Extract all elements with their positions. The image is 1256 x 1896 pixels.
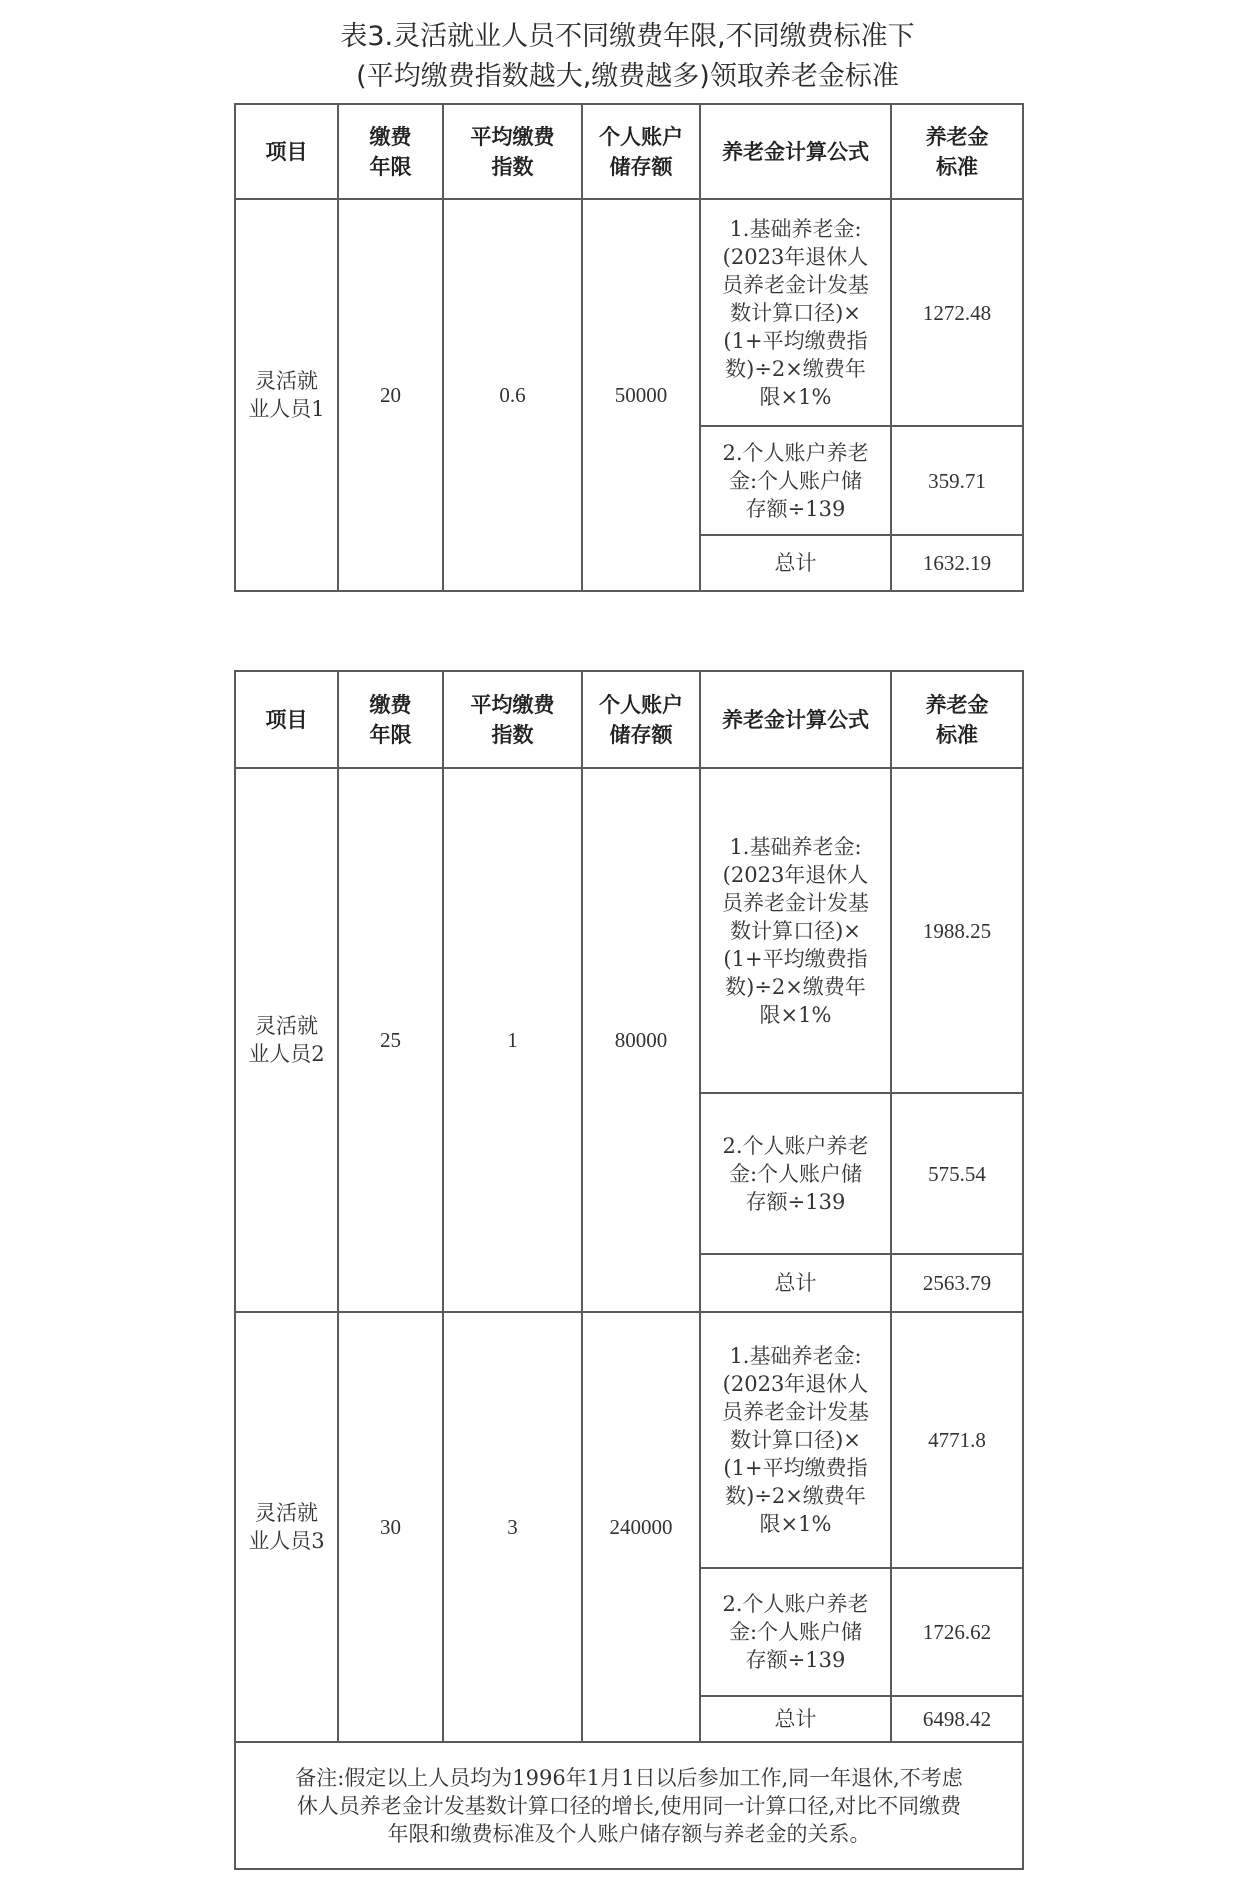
header-formula: 养老金计算公式 [700,104,891,199]
formula-line: 限×1% [707,1510,884,1538]
formula-line: 1.基础养老金: [707,215,884,243]
formula-line: 1.基础养老金: [707,833,884,861]
header-balance: 个人账户储存额 [582,671,700,768]
header-row: 项目 缴费年限 平均缴费指数 个人账户储存额 养老金计算公式 养老金标准 [235,671,1023,768]
personal-pension-formula: 2.个人账户养老 金:个人账户储 存额÷139 [700,1568,891,1696]
header-text: 储存额 [589,720,693,750]
formula-line: 员养老金计发基 [707,889,884,917]
note-row: 备注:假定以上人员均为1996年1月1日以后参加工作,同一年退休,不考虑 休人员… [235,1742,1023,1869]
header-text: 平均缴费 [450,122,575,152]
personal-pension-formula: 2.个人账户养老 金:个人账户储 存额÷139 [700,426,891,535]
formula-line: 员养老金计发基 [707,1398,884,1426]
person-cell: 灵活就业人员2 [235,768,338,1312]
table-title-line-1: 表3.灵活就业人员不同缴费年限,不同缴费标准下 [234,14,1021,53]
table-title-line-2: (平均缴费指数越大,缴费越多)领取养老金标准 [234,54,1021,93]
person-label: 灵活就 [242,1499,331,1527]
header-standard: 养老金标准 [891,671,1023,768]
person-cell: 灵活就业人员1 [235,199,338,591]
formula-line: 2.个人账户养老 [707,1590,884,1618]
note-cell: 备注:假定以上人员均为1996年1月1日以后参加工作,同一年退休,不考虑 休人员… [235,1742,1023,1869]
avg-index-cell: 1 [443,768,582,1312]
header-avg-index: 平均缴费指数 [443,104,582,199]
formula-line: (1+平均缴费指 [707,1454,884,1482]
basic-pension-formula: 1.基础养老金: (2023年退休人 员养老金计发基 数计算口径)× (1+平均… [700,1312,891,1568]
formula-line: 限×1% [707,383,884,411]
basic-pension-formula: 1.基础养老金: (2023年退休人 员养老金计发基 数计算口径)× (1+平均… [700,768,891,1093]
formula-line: 金:个人账户储 [707,1618,884,1646]
basic-pension-value: 1272.48 [891,199,1023,426]
years-cell: 25 [338,768,443,1312]
avg-index-cell: 0.6 [443,199,582,591]
header-years: 缴费年限 [338,104,443,199]
total-value: 2563.79 [891,1254,1023,1312]
person-label: 灵活就 [242,1012,331,1040]
formula-line: 数)÷2×缴费年 [707,355,884,383]
formula-line: 数)÷2×缴费年 [707,973,884,1001]
personal-pension-value: 359.71 [891,426,1023,535]
personal-pension-value: 575.54 [891,1093,1023,1254]
header-text: 个人账户 [589,690,693,720]
total-label: 总计 [700,1696,891,1742]
header-text: 项目 [242,705,331,735]
header-avg-index: 平均缴费指数 [443,671,582,768]
formula-line: 数计算口径)× [707,299,884,327]
table-row: 灵活就业人员3 30 3 240000 1.基础养老金: (2023年退休人 员… [235,1312,1023,1568]
total-label: 总计 [700,1254,891,1312]
header-text: 缴费 [345,690,436,720]
formula-line: 存额÷139 [707,495,884,523]
formula-line: (2023年退休人 [707,1370,884,1398]
table-row: 灵活就业人员1 20 0.6 50000 1.基础养老金: (2023年退休人 … [235,199,1023,426]
balance-cell: 240000 [582,1312,700,1742]
header-text: 标准 [898,720,1016,750]
header-item: 项目 [235,671,338,768]
header-text: 个人账户 [589,122,693,152]
person-label: 灵活就 [242,367,331,395]
note-line: 备注:假定以上人员均为1996年1月1日以后参加工作,同一年退休,不考虑 [242,1764,1016,1792]
basic-pension-value: 1988.25 [891,768,1023,1093]
header-text: 平均缴费 [450,690,575,720]
formula-line: 数计算口径)× [707,1426,884,1454]
header-text: 标准 [898,152,1016,182]
header-years: 缴费年限 [338,671,443,768]
note-line: 休人员养老金计发基数计算口径的增长,使用同一计算口径,对比不同缴费 [242,1792,1016,1820]
formula-line: (2023年退休人 [707,243,884,271]
formula-line: 1.基础养老金: [707,1342,884,1370]
formula-line: 员养老金计发基 [707,271,884,299]
balance-cell: 80000 [582,768,700,1312]
header-text: 缴费 [345,122,436,152]
formula-line: 存额÷139 [707,1646,884,1674]
person-label: 业人员3 [242,1527,331,1555]
formula-line: (2023年退休人 [707,861,884,889]
header-text: 养老金 [898,122,1016,152]
header-item: 项目 [235,104,338,199]
header-text: 项目 [242,137,331,167]
person-cell: 灵活就业人员3 [235,1312,338,1742]
header-text: 储存额 [589,152,693,182]
person-label: 业人员2 [242,1040,331,1068]
basic-pension-value: 4771.8 [891,1312,1023,1568]
formula-line: (1+平均缴费指 [707,327,884,355]
header-text: 年限 [345,720,436,750]
personal-pension-value: 1726.62 [891,1568,1023,1696]
note-line: 年限和缴费标准及个人账户储存额与养老金的关系。 [242,1820,1016,1848]
formula-line: 2.个人账户养老 [707,1132,884,1160]
total-label: 总计 [700,535,891,591]
total-value: 6498.42 [891,1696,1023,1742]
basic-pension-formula: 1.基础养老金: (2023年退休人 员养老金计发基 数计算口径)× (1+平均… [700,199,891,426]
table-row: 灵活就业人员2 25 1 80000 1.基础养老金: (2023年退休人 员养… [235,768,1023,1093]
formula-line: 数)÷2×缴费年 [707,1482,884,1510]
avg-index-cell: 3 [443,1312,582,1742]
formula-line: 存额÷139 [707,1188,884,1216]
header-text: 养老金 [898,690,1016,720]
formula-line: 金:个人账户储 [707,467,884,495]
total-value: 1632.19 [891,535,1023,591]
formula-line: 金:个人账户储 [707,1160,884,1188]
header-text: 指数 [450,152,575,182]
header-standard: 养老金标准 [891,104,1023,199]
header-text: 养老金计算公式 [707,705,884,735]
header-text: 年限 [345,152,436,182]
balance-cell: 50000 [582,199,700,591]
pension-table-1: 项目 缴费年限 平均缴费指数 个人账户储存额 养老金计算公式 养老金标准 灵活就… [234,103,1024,592]
header-balance: 个人账户储存额 [582,104,700,199]
header-formula: 养老金计算公式 [700,671,891,768]
header-text: 养老金计算公式 [707,137,884,167]
years-cell: 30 [338,1312,443,1742]
formula-line: 数计算口径)× [707,917,884,945]
formula-line: 2.个人账户养老 [707,439,884,467]
header-row: 项目 缴费年限 平均缴费指数 个人账户储存额 养老金计算公式 养老金标准 [235,104,1023,199]
pension-table-2: 项目 缴费年限 平均缴费指数 个人账户储存额 养老金计算公式 养老金标准 灵活就… [234,670,1024,1870]
formula-line: 限×1% [707,1001,884,1029]
header-text: 指数 [450,720,575,750]
person-label: 业人员1 [242,395,331,423]
years-cell: 20 [338,199,443,591]
formula-line: (1+平均缴费指 [707,945,884,973]
personal-pension-formula: 2.个人账户养老 金:个人账户储 存额÷139 [700,1093,891,1254]
